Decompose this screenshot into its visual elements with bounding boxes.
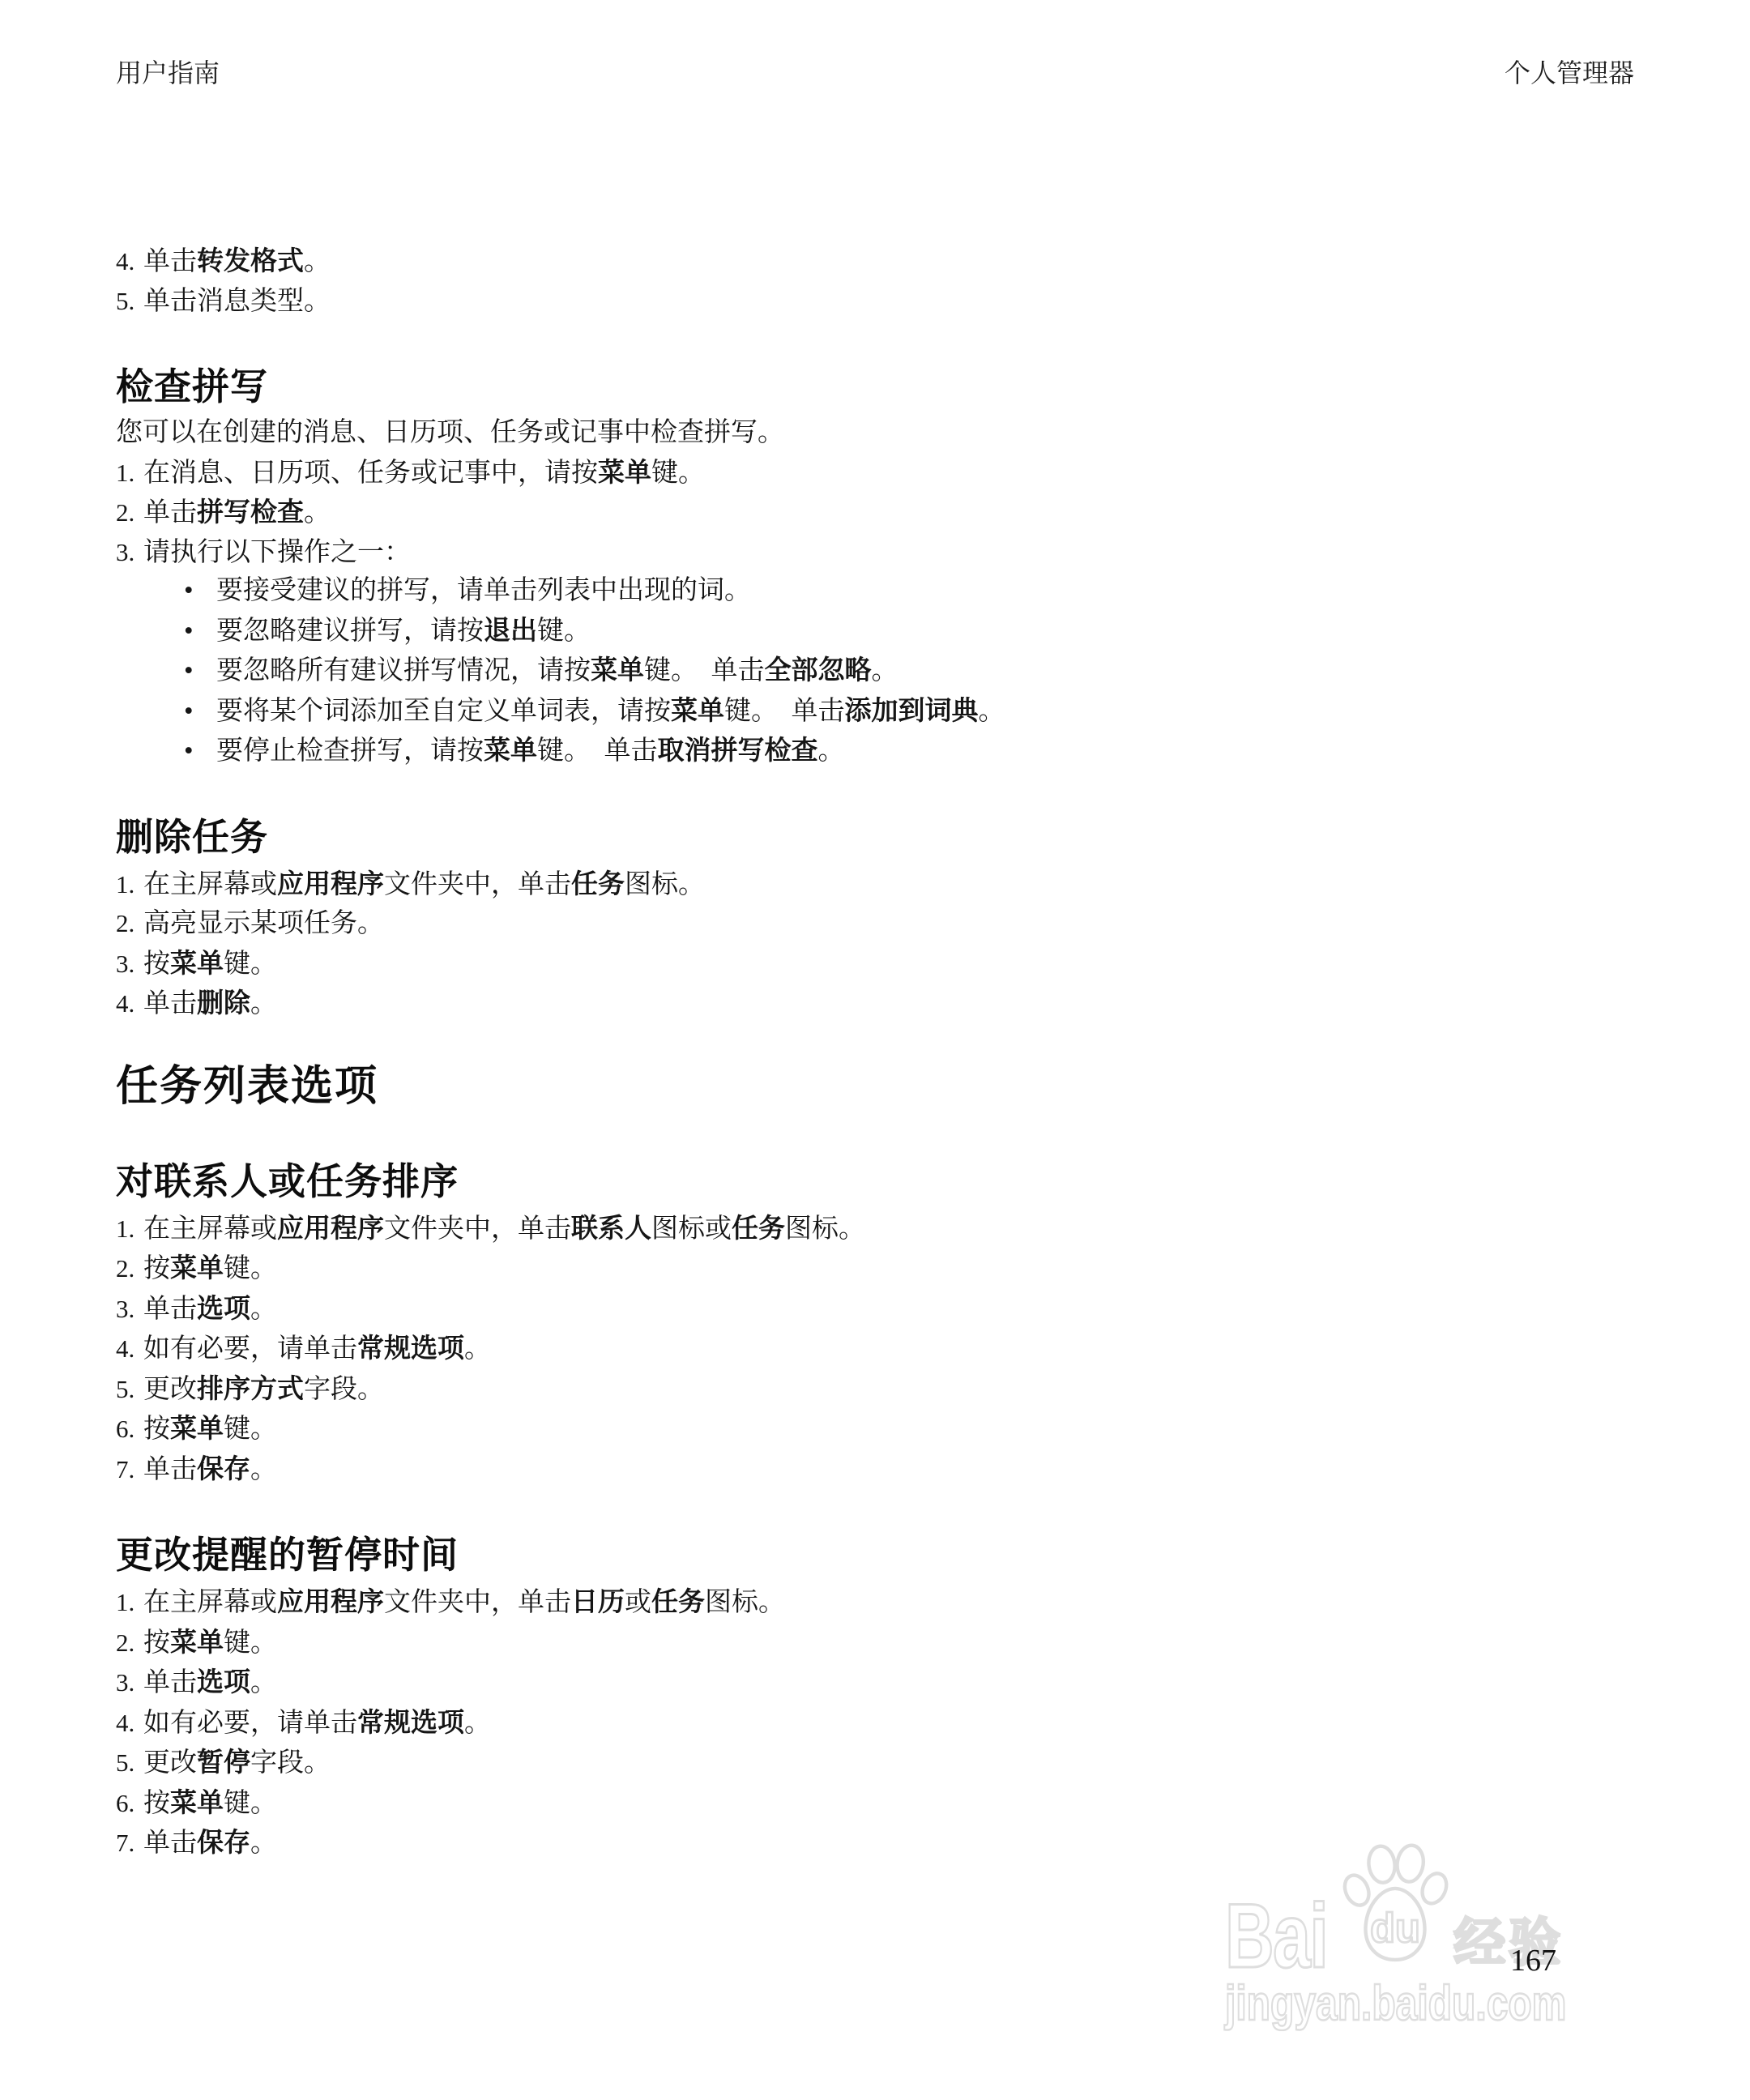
text-segment: 。 — [250, 1455, 277, 1484]
list-marker: 6. — [116, 1784, 143, 1823]
text-segment: 。 — [818, 736, 845, 766]
numbered-step: 4.单击删除。 — [116, 984, 1634, 1024]
bold-ui-term: 全部忽略 — [765, 655, 872, 685]
text-segment: 。 — [250, 1295, 277, 1324]
bold-ui-term: 菜单 — [170, 1787, 224, 1817]
bold-ui-term: 菜单 — [591, 655, 644, 685]
text-segment: 单击 — [143, 247, 197, 276]
step-text: 按菜单键。 — [143, 1623, 1634, 1663]
bold-ui-term: 任务 — [732, 1213, 785, 1243]
text-segment: 。 — [464, 1709, 491, 1738]
watermark-du-text: du — [1370, 1905, 1420, 1951]
text-segment: 。 — [304, 247, 331, 276]
bold-ui-term: 选项 — [197, 1293, 250, 1323]
bold-ui-term: 应用程序 — [277, 1213, 384, 1243]
step-text: 要停止检查拼写，请按菜单键。 单击取消拼写检查。 — [216, 731, 1634, 771]
numbered-step: 6.按菜单键。 — [116, 1783, 1634, 1824]
bold-ui-term: 应用程序 — [277, 1586, 384, 1616]
text-segment: 键。 — [537, 617, 591, 646]
steps-list: 1.在主屏幕或应用程序文件夹中，单击日历或任务图标。2.按菜单键。3.单击选项。… — [116, 1582, 1634, 1863]
step-text: 单击消息类型。 — [143, 283, 1634, 322]
numbered-step: 7.单击保存。 — [116, 1823, 1634, 1863]
section-intro: 您可以在创建的消息、日历项、任务或记事中检查拼写。 — [116, 414, 1634, 453]
list-marker: • — [184, 652, 216, 691]
text-segment: 键。 — [224, 1415, 277, 1444]
step-text: 要将某个词添加至自定义单词表，请按菜单键。 单击添加到词典。 — [216, 691, 1634, 732]
step-text: 高亮显示某项任务。 — [143, 905, 1634, 944]
list-marker: • — [184, 732, 216, 771]
text-segment: 要将某个词添加至自定义单词表，请按 — [216, 697, 671, 726]
bold-ui-term: 暂停 — [197, 1747, 250, 1777]
text-segment: 键。 — [651, 459, 705, 488]
text-segment: 键。 — [224, 1789, 277, 1818]
step-text: 单击选项。 — [143, 1289, 1634, 1330]
steps-list: 1.在主屏幕或应用程序文件夹中，单击任务图标。2.高亮显示某项任务。3.按菜单键… — [116, 864, 1634, 1024]
numbered-step: 5.更改排序方式字段。 — [116, 1369, 1634, 1410]
numbered-step: 5.更改暂停字段。 — [116, 1743, 1634, 1783]
bold-ui-term: 菜单 — [484, 735, 537, 765]
text-segment: 。 — [464, 1334, 491, 1364]
chapter-title: 任务列表选项 — [116, 1063, 1634, 1110]
bold-ui-term: 菜单 — [170, 1413, 224, 1443]
text-segment: 文件夹中，单击 — [384, 1588, 571, 1617]
text-segment: 请执行以下操作之一： — [143, 538, 411, 567]
list-marker: 1. — [116, 454, 143, 493]
list-marker: 3. — [116, 1290, 143, 1329]
text-segment: 文件夹中，单击 — [384, 1214, 571, 1244]
step-text: 单击转发格式。 — [143, 241, 1634, 282]
text-segment: 要忽略建议拼写，请按 — [216, 617, 484, 646]
numbered-step: 4.如有必要，请单击常规选项。 — [116, 1703, 1634, 1744]
list-marker: 4. — [116, 1704, 143, 1743]
bold-ui-term: 取消拼写检查 — [658, 735, 818, 765]
header-doc-title: 用户指南 — [116, 58, 220, 87]
numbered-step: 2.单击拼写检查。 — [116, 493, 1634, 533]
bold-ui-term: 转发格式 — [197, 245, 304, 275]
text-segment: 键。 单击 — [537, 736, 658, 766]
text-segment: 。 — [979, 697, 1005, 726]
numbered-step: 6.按菜单键。 — [116, 1409, 1634, 1449]
text-segment: 。 — [872, 656, 898, 685]
continued-steps-list: 4.单击转发格式。5.单击消息类型。 — [116, 241, 1634, 321]
text-segment: 如有必要，请单击 — [143, 1334, 357, 1364]
page-number: 167 — [1510, 1944, 1556, 1977]
text-segment: 单击 — [143, 1668, 197, 1697]
step-text: 按菜单键。 — [143, 1783, 1634, 1824]
bullet-item: •要将某个词添加至自定义单词表，请按菜单键。 单击添加到词典。 — [184, 691, 1634, 732]
bold-ui-term: 保存 — [197, 1453, 250, 1483]
numbered-step: 3.按菜单键。 — [116, 944, 1634, 984]
list-marker: 3. — [116, 1663, 143, 1702]
section-title: 更改提醒的暂停时间 — [116, 1534, 1634, 1576]
bold-ui-term: 退出 — [484, 615, 537, 645]
text-segment: 键。 — [224, 1628, 277, 1658]
step-text: 请执行以下操作之一： — [143, 534, 1634, 573]
text-segment: 在主屏幕或 — [143, 1214, 277, 1244]
text-segment: 在消息、日历项、任务或记事中，请按 — [143, 459, 598, 488]
numbered-step: 2.按菜单键。 — [116, 1623, 1634, 1663]
numbered-step: 1.在消息、日历项、任务或记事中，请按菜单键。 — [116, 453, 1634, 493]
steps-list: 1.在消息、日历项、任务或记事中，请按菜单键。2.单击拼写检查。3.请执行以下操… — [116, 453, 1634, 771]
text-segment: 如有必要，请单击 — [143, 1709, 357, 1738]
step-text: 按菜单键。 — [143, 944, 1634, 984]
bold-ui-term: 拼写检查 — [197, 497, 304, 527]
text-segment: 按 — [143, 1415, 170, 1444]
list-marker: 6. — [116, 1410, 143, 1449]
step-text: 在主屏幕或应用程序文件夹中，单击任务图标。 — [143, 864, 1634, 905]
step-text: 要忽略建议拼写，请按退出键。 — [216, 611, 1634, 651]
text-segment: 图标。 — [625, 870, 705, 899]
bold-ui-term: 菜单 — [671, 695, 724, 725]
step-text: 单击保存。 — [143, 1823, 1634, 1863]
list-marker: • — [184, 693, 216, 732]
text-segment: 单击消息类型。 — [143, 287, 331, 316]
text-segment: 字段。 — [250, 1748, 331, 1778]
numbered-step: 7.单击保存。 — [116, 1449, 1634, 1490]
list-marker: 1. — [116, 1583, 143, 1622]
list-marker: 2. — [116, 493, 143, 532]
step-text: 更改暂停字段。 — [143, 1743, 1634, 1783]
numbered-step: 4.单击转发格式。 — [116, 241, 1634, 282]
text-segment: 单击 — [143, 989, 197, 1018]
text-segment: 按 — [143, 1254, 170, 1283]
bold-ui-term: 排序方式 — [197, 1373, 304, 1403]
text-segment: 字段。 — [304, 1375, 384, 1404]
text-segment: 图标。 — [705, 1588, 785, 1617]
bold-ui-term: 任务 — [651, 1586, 705, 1616]
text-segment: 或 — [625, 1588, 651, 1617]
text-segment: 单击 — [143, 1829, 197, 1858]
text-segment: 单击 — [143, 498, 197, 527]
numbered-step: 1.在主屏幕或应用程序文件夹中，单击任务图标。 — [116, 864, 1634, 905]
step-text: 在主屏幕或应用程序文件夹中，单击联系人图标或任务图标。 — [143, 1209, 1634, 1249]
numbered-step: 4.如有必要，请单击常规选项。 — [116, 1329, 1634, 1369]
text-segment: 在主屏幕或 — [143, 1588, 277, 1617]
step-text: 按菜单键。 — [143, 1409, 1634, 1449]
text-segment: 要停止检查拼写，请按 — [216, 736, 484, 766]
bold-ui-term: 应用程序 — [277, 869, 384, 898]
bullet-item: •要接受建议的拼写，请单击列表中出现的词。 — [184, 572, 1634, 611]
step-text: 要忽略所有建议拼写情况，请按菜单键。 单击全部忽略。 — [216, 651, 1634, 691]
watermark-url-text: jingyan.baidu.com — [1225, 1978, 1504, 2029]
text-segment: 键。 单击 — [644, 656, 765, 685]
step-text: 要接受建议的拼写，请单击列表中出现的词。 — [216, 572, 1634, 611]
list-marker: 4. — [116, 1330, 143, 1368]
numbered-step: 1.在主屏幕或应用程序文件夹中，单击日历或任务图标。 — [116, 1582, 1634, 1623]
document-body: 4.单击转发格式。5.单击消息类型。检查拼写您可以在创建的消息、日历项、任务或记… — [0, 241, 1750, 1863]
text-segment: 按 — [143, 1628, 170, 1658]
section-title: 删除任务 — [116, 816, 1634, 858]
text-segment: 单击 — [143, 1455, 197, 1484]
bold-ui-term: 保存 — [197, 1827, 250, 1857]
step-text: 单击删除。 — [143, 984, 1634, 1024]
steps-list: 1.在主屏幕或应用程序文件夹中，单击联系人图标或任务图标。2.按菜单键。3.单击… — [116, 1209, 1634, 1490]
numbered-step: 2.按菜单键。 — [116, 1248, 1634, 1289]
text-segment: 要接受建议的拼写，请单击列表中出现的词。 — [216, 576, 751, 605]
step-text: 如有必要，请单击常规选项。 — [143, 1703, 1634, 1744]
bold-ui-term: 任务 — [571, 869, 625, 898]
list-marker: 2. — [116, 1249, 143, 1288]
step-text: 按菜单键。 — [143, 1248, 1634, 1289]
text-segment: 更改 — [143, 1375, 197, 1404]
manual-page: 用户指南 个人管理器 4.单击转发格式。5.单击消息类型。检查拼写您可以在创建的… — [0, 0, 1750, 2100]
bullet-item: •要停止检查拼写，请按菜单键。 单击取消拼写检查。 — [184, 731, 1634, 771]
list-marker: 5. — [116, 1370, 143, 1409]
text-segment: 按 — [143, 1789, 170, 1818]
list-marker: 1. — [116, 1210, 143, 1248]
step-text: 在消息、日历项、任务或记事中，请按菜单键。 — [143, 453, 1634, 493]
bold-ui-term: 选项 — [197, 1667, 250, 1697]
header-chapter-title: 个人管理器 — [1505, 58, 1634, 87]
text-segment: 。 — [250, 1829, 277, 1858]
text-segment: 键。 — [224, 1254, 277, 1283]
bullet-item: •要忽略建议拼写，请按退出键。 — [184, 611, 1634, 651]
list-marker: 7. — [116, 1450, 143, 1489]
text-segment: 。 — [250, 1668, 277, 1697]
text-segment: 。 — [250, 989, 277, 1018]
numbered-step: 3.请执行以下操作之一： — [116, 533, 1634, 573]
bold-ui-term: 删除 — [197, 988, 250, 1018]
text-segment: 文件夹中，单击 — [384, 870, 571, 899]
step-text: 更改排序方式字段。 — [143, 1369, 1634, 1410]
section-title: 对联系人或任务排序 — [116, 1160, 1634, 1202]
text-segment: 高亮显示某项任务。 — [143, 909, 384, 938]
text-segment: 更改 — [143, 1748, 197, 1778]
list-marker: 1. — [116, 865, 143, 904]
bold-ui-term: 联系人 — [571, 1213, 651, 1243]
list-marker: • — [184, 572, 216, 611]
bold-ui-term: 添加到词典 — [845, 695, 979, 725]
list-marker: 4. — [116, 984, 143, 1023]
baidu-jingyan-watermark: Bai du 经验 jingyan.baidu.com — [1225, 1839, 1573, 2029]
text-segment: 图标。 — [785, 1214, 865, 1244]
list-marker: 5. — [116, 282, 143, 321]
list-marker: 3. — [116, 945, 143, 984]
list-marker: 5. — [116, 1744, 143, 1782]
list-marker: 4. — [116, 242, 143, 281]
bold-ui-term: 菜单 — [170, 948, 224, 978]
step-text: 单击保存。 — [143, 1449, 1634, 1490]
step-text: 单击选项。 — [143, 1662, 1634, 1703]
step-text: 单击拼写检查。 — [143, 493, 1634, 533]
text-segment: 键。 — [224, 950, 277, 979]
list-marker: • — [184, 612, 216, 651]
bold-ui-term: 常规选项 — [357, 1707, 464, 1737]
bold-ui-term: 日历 — [571, 1586, 625, 1616]
numbered-step: 3.单击选项。 — [116, 1289, 1634, 1330]
bold-ui-term: 常规选项 — [357, 1333, 464, 1363]
numbered-step: 3.单击选项。 — [116, 1662, 1634, 1703]
list-marker: 3. — [116, 533, 143, 572]
text-segment: 。 — [304, 498, 331, 527]
bullet-item: •要忽略所有建议拼写情况，请按菜单键。 单击全部忽略。 — [184, 651, 1634, 691]
list-marker: 7. — [116, 1824, 143, 1863]
running-header: 用户指南 个人管理器 — [0, 0, 1750, 87]
bold-ui-term: 菜单 — [598, 457, 651, 487]
text-segment: 键。 单击 — [724, 697, 845, 726]
numbered-step: 5.单击消息类型。 — [116, 282, 1634, 322]
list-marker: 2. — [116, 1624, 143, 1662]
text-segment: 在主屏幕或 — [143, 870, 277, 899]
text-segment: 要忽略所有建议拼写情况，请按 — [216, 656, 591, 685]
text-segment: 单击 — [143, 1295, 197, 1324]
bold-ui-term: 菜单 — [170, 1627, 224, 1657]
list-marker: 2. — [116, 904, 143, 943]
step-text: 在主屏幕或应用程序文件夹中，单击日历或任务图标。 — [143, 1582, 1634, 1623]
text-segment: 按 — [143, 950, 170, 979]
numbered-step: 1.在主屏幕或应用程序文件夹中，单击联系人图标或任务图标。 — [116, 1209, 1634, 1249]
step-text: 如有必要，请单击常规选项。 — [143, 1329, 1634, 1369]
bold-ui-term: 菜单 — [170, 1253, 224, 1283]
numbered-step: 2.高亮显示某项任务。 — [116, 904, 1634, 944]
text-segment: 图标或 — [651, 1214, 732, 1244]
section-title: 检查拼写 — [116, 365, 1634, 408]
watermark-baidu-text: Bai — [1225, 1896, 1327, 1977]
